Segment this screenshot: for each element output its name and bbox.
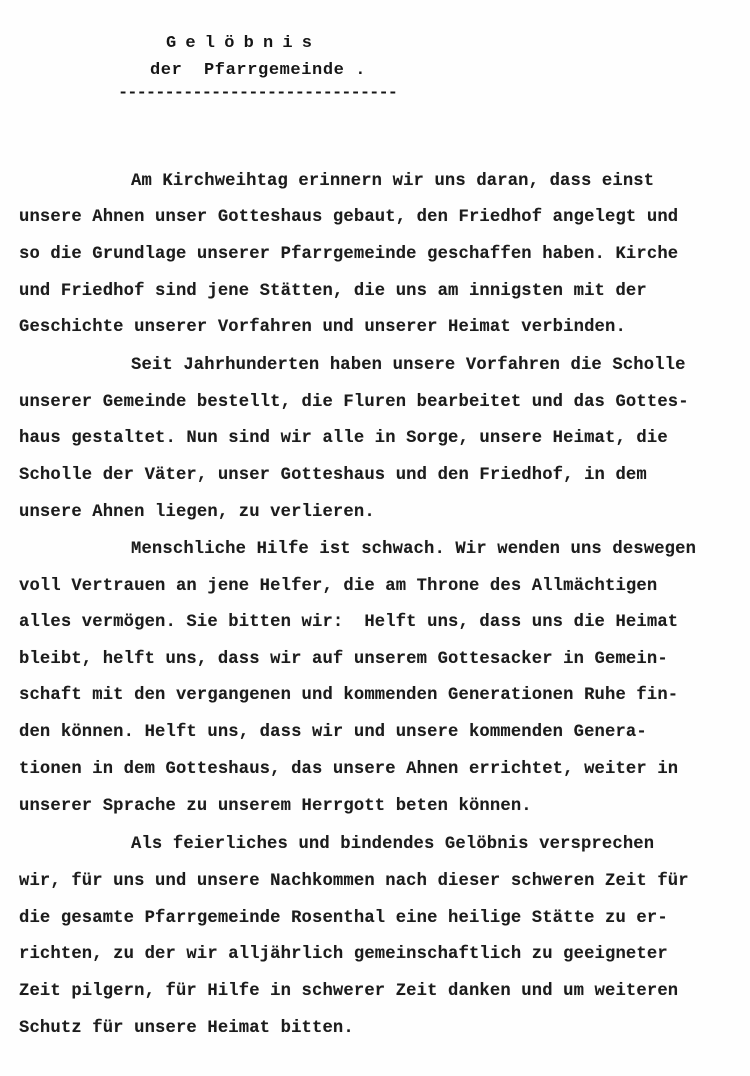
text-line: unserer Gemeinde bestellt, die Fluren be… [19,393,689,412]
document-subtitle: der Pfarrgemeinde . [150,61,366,80]
overtyped-text: und bindendes Gelöbnis versprechen [298,835,654,854]
text-line: Menschliche Hilfe ist schwach. Wir wende… [131,540,696,559]
text-line: unsere Ahnen liegen, zu verlieren. [19,503,375,522]
text-line: Am Kirchweihtag erinnern wir uns daran, … [131,172,654,191]
text-line-overtyped: Als feierliches und bindendes Gelöbnis v… [131,835,654,854]
text-line: so die Grundlage unserer Pfarrgemeinde g… [19,245,678,264]
text-line: Zeit pilgern, für Hilfe in schwerer Zeit… [19,982,678,1001]
text-line: schaft mit den vergangenen und kommenden… [19,686,678,705]
text-line: richten, zu der wir alljährlich gemeinsc… [19,945,668,964]
text-line: unsere Ahnen unser Gotteshaus gebaut, de… [19,208,678,227]
text-line: Scholle der Väter, unser Gotteshaus und … [19,466,647,485]
text-line: haus gestaltet. Nun sind wir alle in Sor… [19,429,668,448]
text-line: alles vermögen. Sie bitten wir: Helft un… [19,613,678,632]
overtyped-correction: und bindendes Gelöbnis versprechen [298,835,654,854]
typewritten-page: Gelöbnis der Pfarrgemeinde . -----------… [0,0,750,1076]
document-title: Gelöbnis [166,34,321,53]
text-line: Seit Jahrhunderten haben unsere Vorfahre… [131,356,686,375]
text-line: unserer Sprache zu unserem Herrgott bete… [19,797,532,816]
text-line: die gesamte Pfarrgemeinde Rosenthal eine… [19,909,668,928]
text-line: Schutz für unsere Heimat bitten. [19,1019,354,1038]
text-line: bleibt, helft uns, dass wir auf unserem … [19,650,668,669]
text-line: wir, für uns und unsere Nachkommen nach … [19,872,689,891]
text-line: tionen in dem Gotteshaus, das unsere Ahn… [19,760,678,779]
text-line: voll Vertrauen an jene Helfer, die am Th… [19,577,657,596]
title-underline-rule: ------------------------------ [118,84,397,103]
line-prefix: Als feierliches [131,835,298,854]
text-line: den können. Helft uns, dass wir und unse… [19,723,647,742]
text-line: Geschichte unserer Vorfahren und unserer… [19,318,626,337]
text-line: und Friedhof sind jene Stätten, die uns … [19,282,647,301]
